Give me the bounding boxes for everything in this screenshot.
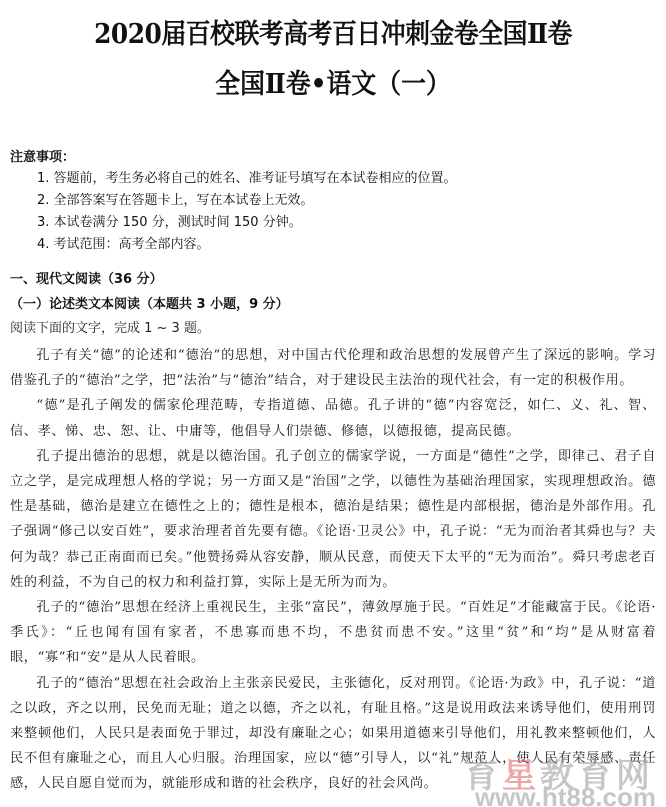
notice-item: 3. 本试卷满分 150 分，测试时间 150 分钟。 — [37, 212, 457, 234]
passage-paragraph: “德”是孔子阐发的儒家伦理范畴，专指道德、品德。孔子讲的“德”内容宽泛，如仁、义… — [10, 393, 656, 443]
notice-item: 4. 考试范围：高考全部内容。 — [37, 234, 457, 256]
passage-paragraph: 孔子的“德治”思想在社会政治上主张亲民爱民，主张德化，反对刑罚。《论语·为政》中… — [10, 671, 656, 797]
section-subheading: （一）论述类文本阅读（本题共 3 小题，9 分） — [10, 293, 289, 312]
notice-item: 2. 全部答案写在答题卡上，写在本试卷上无效。 — [37, 190, 457, 212]
section-heading: 一、现代文阅读（36 分） — [10, 268, 163, 287]
passage-paragraph: 孔子提出德治的思想，就是以德治国。孔子创立的儒家学说，一方面是“德性”之学，即律… — [10, 444, 656, 595]
notice-heading: 注意事项： — [10, 146, 75, 165]
reading-instruction: 阅读下面的文字，完成 1 ~ 3 题。 — [10, 317, 210, 336]
passage-paragraph: 孔子的“德治”思想在经济上重视民生，主张“富民”，薄敛厚施于民。“百姓足”才能藏… — [10, 595, 656, 671]
notice-item: 1. 答题前，考生务必将自己的姓名、准考证号填写在本试卷相应的位置。 — [37, 168, 457, 190]
document-subtitle: 全国Ⅱ卷•语文（一） — [27, 62, 640, 101]
reading-passage: 孔子有关“德”的论述和“德治”的思想，对中国古代伦理和政治思想的发展曾产生了深远… — [10, 343, 656, 797]
notice-list: 1. 答题前，考生务必将自己的姓名、准考证号填写在本试卷相应的位置。 2. 全部… — [37, 168, 457, 256]
passage-paragraph: 孔子有关“德”的论述和“德治”的思想，对中国古代伦理和政治思想的发展曾产生了深远… — [10, 343, 656, 393]
document-title: 2020届百校联考高考百日冲刺金卷全国Ⅱ卷 — [27, 12, 640, 51]
